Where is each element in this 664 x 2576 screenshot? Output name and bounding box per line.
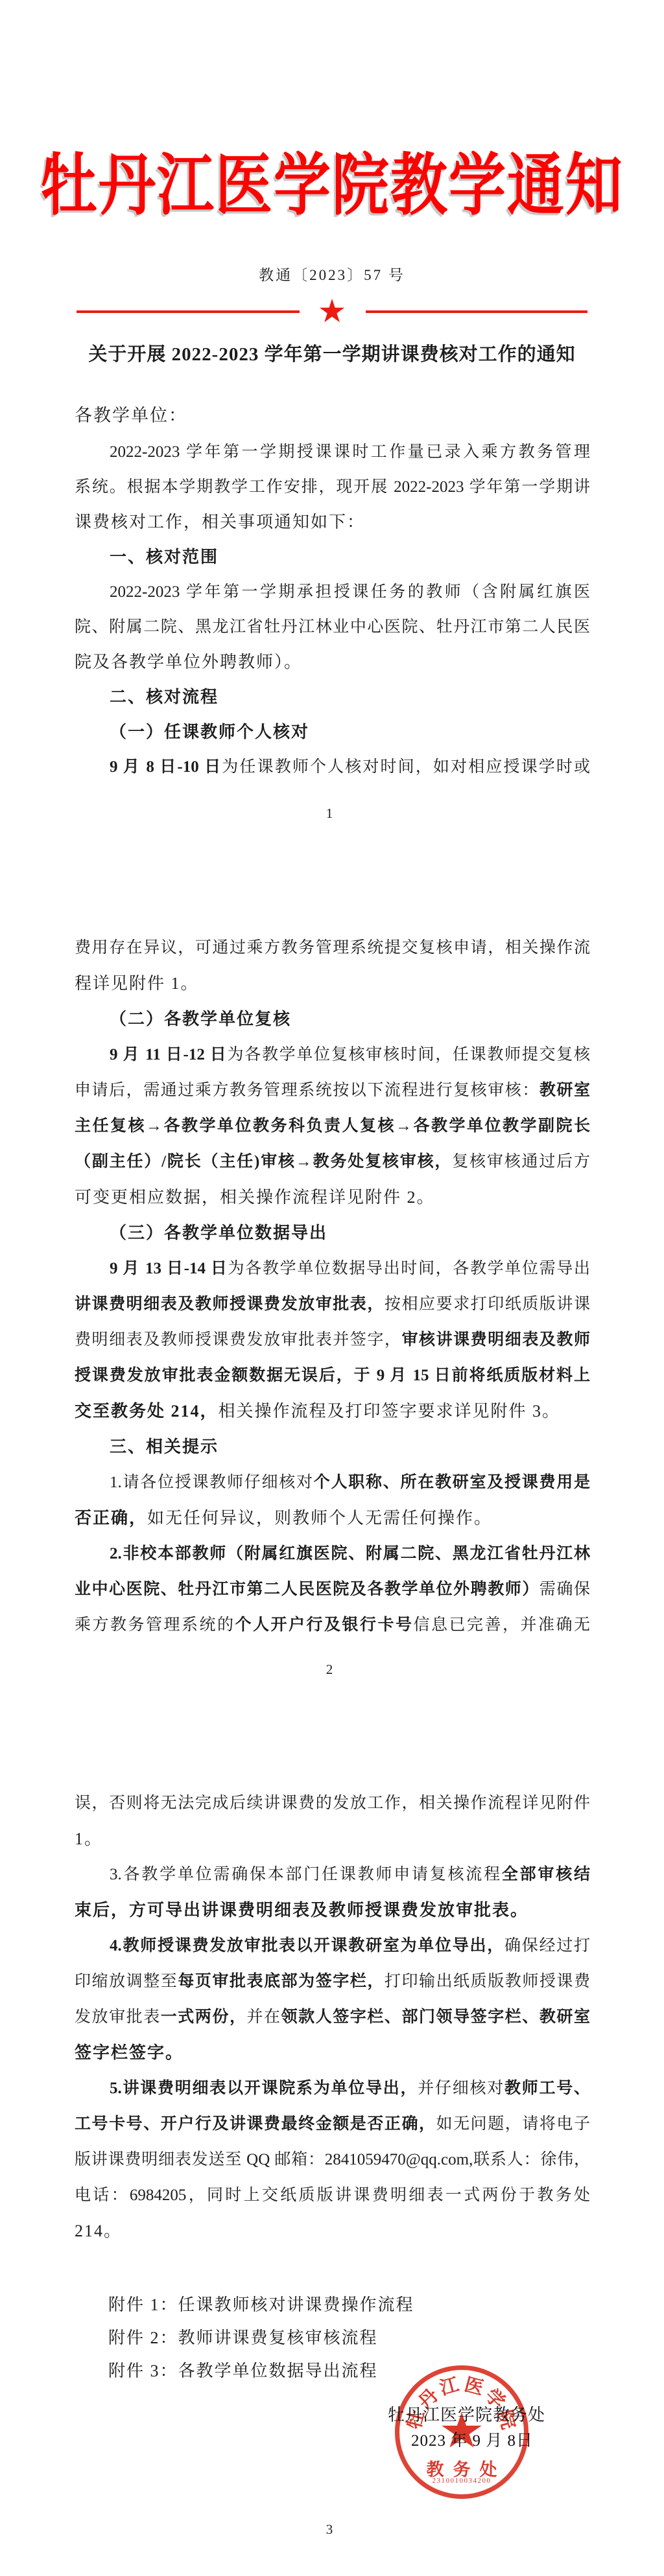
body-line: 电话：6984205，同时上交纸质版讲课费明细表一式两份于教务处 [75, 2185, 590, 2206]
subsection-heading-2-2: （二）各教学单位复核 [75, 1009, 590, 1030]
masthead-title: 牡丹江医学院教学通知 [0, 150, 664, 224]
subsection-heading-2-3: （三）各教学单位数据导出 [75, 1223, 590, 1244]
text-segment: 教师工号、 [504, 2080, 590, 2097]
body-line: 业中心医院、牡丹江市第二人民医院及各教学单位外聘教师）需确保 [75, 1579, 590, 1600]
text-segment: 工号卡号、开户行及讲课费最终金额是否正确， [75, 2115, 436, 2133]
text-segment: 打印输出纸质版教师授课费 [385, 1973, 590, 1990]
text-segment: 需确保 [539, 1581, 590, 1598]
body-line: 乘方教务管理系统的个人开户行及银行卡号信息已完善，并准确无 [75, 1615, 590, 1636]
body-line: 院及各教学单位外聘教师）。 [75, 652, 590, 673]
body-line: 2.非校本部教师（附属红旗医院、附属二院、黑龙江省牡丹江林 [75, 1544, 590, 1564]
text-segment: 程详见附件 1。 [75, 974, 199, 993]
text-segment: 为各教学单位数据导出时间，各教学单位需导出 [228, 1260, 590, 1277]
text-segment: 2022-2023 学年第一学期承担授课任务的教师（含附属红旗医 [110, 583, 590, 601]
body-line: 9 月 11 日-12 日为各教学单位复核审核时间，任课教师提交复核 [75, 1045, 590, 1065]
body-line: 费明细表及教师授课费发放审批表并签字，审核讲课费明细表及教师 [75, 1330, 590, 1351]
body-line: 课费核对工作，相关事项通知如下： [75, 512, 590, 533]
text-segment: 2.非校本部教师（附属红旗医院、附属二院、黑龙江省牡丹江林 [110, 1545, 590, 1562]
red-divider-right [366, 310, 587, 313]
text-segment: 1。 [75, 1829, 102, 1848]
attachment-line-1: 附件 1：任课教师核对讲课费操作流程 [75, 2292, 624, 2315]
text-segment: 5.讲课费明细表以开课院系为单位导出， [110, 2080, 418, 2097]
section-heading-2: 二、核对流程 [75, 687, 590, 708]
text-segment: 系统。根据本学期教学工作安排，现开展 2022-2023 学年第一学期讲 [75, 478, 590, 496]
text-segment: 主任复核→各教学单位教务科负责人复核→各教学单位教学副院长 [75, 1117, 590, 1135]
body-line: 否正确，如无任何异议，则教师个人无需任何操作。 [75, 1508, 590, 1529]
body-line: 可变更相应数据，相关操作流程详见附件 2。 [75, 1187, 590, 1208]
body-line: 9 月 13 日-14 日为各教学单位数据导出时间，各教学单位需导出 [75, 1259, 590, 1279]
text-segment: 费明细表及教师授课费发放审批表并签字， [75, 1331, 401, 1349]
body-line: 4.教师授课费发放审批表以开课教研室为单位导出，确保经过打 [75, 1936, 590, 1956]
text-segment: 业中心医院、牡丹江市第二人民医院及各教学单位外聘教师） [75, 1581, 539, 1598]
document-page: 牡丹江医学院教学通知 教通〔2023〕57 号 ★ 关于开展 2022-2023… [0, 0, 664, 2576]
text-segment: 214。 [75, 2222, 122, 2240]
body-line: （副主任）/院长（主任)审核→教务处复核审核，复核审核通过后方 [75, 1152, 590, 1172]
text-segment: 9 月 13 日-14 日 [110, 1260, 228, 1277]
body-line: 2022-2023 学年第一学期承担授课任务的教师（含附属红旗医 [75, 582, 590, 603]
text-segment: 个人职称、所在教研室及授课费用是 [314, 1474, 590, 1491]
text-segment: 版讲课费明细表发送至 QQ 邮箱：2841059470@qq.com,联系人：徐… [75, 2151, 590, 2168]
page-number-1: 1 [0, 806, 659, 822]
text-segment: 如无问题，请将电子 [436, 2115, 590, 2133]
text-segment: 审核讲课费明细表及教师 [401, 1331, 590, 1349]
text-segment: 三、相关提示 [110, 1437, 219, 1456]
text-segment: 乘方教务管理系统的 [75, 1616, 235, 1634]
signature-organization: 牡丹江医学院教务处 [388, 2402, 545, 2426]
text-segment: 附件 3：各教学单位数据导出流程 [108, 2361, 378, 2380]
text-segment: 3.各教学单位需确保本部门任课教师申请复核流程 [110, 1866, 502, 1883]
text-segment: 费用存在异议，可通过乘方教务管理系统提交复核申请，相关操作流 [75, 939, 590, 957]
text-segment: 一式两份， [161, 2008, 247, 2026]
text-segment: 并仔细核对 [418, 2080, 504, 2097]
text-segment: 复核审核通过后方 [452, 1153, 590, 1170]
body-line: 交至教务处 214，相关操作流程及打印签字要求详见附件 3。 [75, 1401, 590, 1422]
section-heading-1: 一、核对范围 [75, 547, 590, 568]
text-segment: 1.请各位授课教师仔细核对 [110, 1474, 314, 1491]
text-segment: 课费核对工作，相关事项通知如下： [75, 513, 365, 531]
text-segment: 按相应要求打印纸质版讲课 [385, 1295, 590, 1313]
text-segment: 附件 1：任课教师核对讲课费操作流程 [108, 2295, 414, 2314]
signature-date: 2023 年 9 月 8日 [411, 2428, 533, 2451]
stamp-serial-number: 2310010034200 [397, 2477, 527, 2485]
text-segment: 每页审批表底部为签字栏， [178, 1973, 385, 1990]
body-line: 印缩放调整至每页审批表底部为签字栏，打印输出纸质版教师授课费 [75, 1971, 590, 1992]
attachment-line-3: 附件 3：各教学单位数据导出流程 [75, 2358, 624, 2382]
text-segment: 4.教师授课费发放审批表以开课教研室为单位导出， [110, 1937, 504, 1955]
text-segment: 教研室 [539, 1082, 590, 1099]
text-segment: 交至教务处 214， [75, 1402, 219, 1421]
text-segment: 2022-2023 学年第一学期授课课时工作量已录入乘方教务管理 [110, 443, 590, 461]
text-segment: 电话：6984205，同时上交纸质版讲课费明细表一式两份于教务处 [75, 2187, 590, 2204]
body-line: 费用存在异议，可通过乘方教务管理系统提交复核申请，相关操作流 [75, 938, 590, 958]
body-line: 系统。根据本学期教学工作安排，现开展 2022-2023 学年第一学期讲 [75, 477, 590, 498]
text-segment: 个人开户行及银行卡号 [235, 1616, 414, 1634]
body-line: 院、附属二院、黑龙江省牡丹江林业中心医院、牡丹江市第二人民医 [75, 617, 590, 638]
body-line: 1。 [75, 1829, 590, 1850]
body-line: 授课费发放审批表金额数据无误后，于 9 月 15 日前将纸质版材料上 [75, 1365, 590, 1386]
subject-title: 关于开展 2022-2023 学年第一学期讲课费核对工作的通知 [0, 340, 664, 366]
body-line: 签字栏签字。 [75, 2043, 590, 2063]
document-number: 教通〔2023〕57 号 [0, 263, 664, 284]
body-line: 程详见附件 1。 [75, 973, 590, 994]
text-segment: 印缩放调整至 [75, 1973, 178, 1990]
body-line: 主任复核→各教学单位教务科负责人复核→各教学单位教学副院长 [75, 1116, 590, 1137]
body-line: 9 月 8 日-10 日为任课教师个人核对时间，如对相应授课学时或 [75, 757, 590, 778]
text-segment: 领款人签字栏、部门领导签字栏、教研室 [281, 2008, 590, 2026]
body-line: 束后，方可导出讲课费明细表及教师授课费发放审批表。 [75, 1900, 590, 1921]
text-segment: 一、核对范围 [110, 548, 219, 566]
subsection-heading-2-1: （一）任课教师个人核对 [75, 722, 590, 743]
text-segment: 9 月 11 日-12 日 [110, 1046, 228, 1063]
body-line: 1.请各位授课教师仔细核对个人职称、所在教研室及授课费用是 [75, 1472, 590, 1493]
text-segment: 为任课教师个人核对时间，如对相应授课学时或 [222, 758, 590, 776]
text-segment: 相关操作流程及打印签字要求详见附件 3。 [219, 1402, 561, 1421]
body-line: 2022-2023 学年第一学期授课课时工作量已录入乘方教务管理 [75, 442, 590, 463]
text-segment: 讲课费明细表及教师授课费发放审批表， [75, 1295, 385, 1313]
body-line: 5.讲课费明细表以开课院系为单位导出，并仔细核对教师工号、 [75, 2078, 590, 2099]
text-segment: 发放审批表 [75, 2008, 161, 2026]
text-segment: 院及各教学单位外聘教师）。 [75, 653, 302, 671]
text-segment: 各教学单位： [75, 406, 187, 425]
text-segment: 可变更相应数据，相关操作流程详见附件 2。 [75, 1188, 435, 1207]
body-line: 误，否则将无法完成后续讲课费的发放工作，相关操作流程详见附件 [75, 1793, 590, 1814]
text-segment: 院、附属二院、黑龙江省牡丹江林业中心医院、牡丹江市第二人民医 [75, 618, 590, 636]
page-number-2: 2 [0, 1662, 659, 1678]
text-segment: （副主任）/院长（主任)审核→教务处复核审核， [75, 1153, 452, 1170]
section-heading-3: 三、相关提示 [75, 1437, 590, 1457]
text-segment: 束后，方可导出讲课费明细表及教师授课费发放审批表。 [75, 1901, 528, 1920]
text-segment: 如无任何异议，则教师个人无需任何操作。 [147, 1509, 492, 1527]
text-segment: 信息已完善，并准确无 [413, 1616, 590, 1634]
body-line: 3.各教学单位需确保本部门任课教师申请复核流程全部审核结 [75, 1864, 590, 1885]
body-line: 申请后，需通过乘方教务管理系统按以下流程进行复核审核：教研室 [75, 1080, 590, 1101]
body-line: 版讲课费明细表发送至 QQ 邮箱：2841059470@qq.com,联系人：徐… [75, 2150, 590, 2170]
body-line: 工号卡号、开户行及讲课费最终金额是否正确，如无问题，请将电子 [75, 2114, 590, 2135]
text-segment: 9 月 8 日-10 日 [110, 758, 222, 776]
salutation: 各教学单位： [75, 405, 590, 426]
text-segment: （一）任课教师个人核对 [110, 723, 309, 741]
attachment-line-2: 附件 2：教师讲课费复核审核流程 [75, 2325, 624, 2349]
text-segment: 签字栏签字。 [75, 2043, 184, 2062]
text-segment: （三）各教学单位数据导出 [110, 1224, 327, 1242]
body-line: 发放审批表一式两份，并在领款人签字栏、部门领导签字栏、教研室 [75, 2007, 590, 2028]
page-number-3: 3 [0, 2522, 659, 2538]
text-segment: 确保经过打 [504, 1937, 590, 1955]
body-line: 讲课费明细表及教师授课费发放审批表，按相应要求打印纸质版讲课 [75, 1294, 590, 1315]
text-segment: 申请后，需通过乘方教务管理系统按以下流程进行复核审核： [75, 1082, 539, 1099]
text-segment: 二、核对流程 [110, 688, 219, 706]
text-segment: （二）各教学单位复核 [110, 1010, 291, 1028]
text-segment: 授课费发放审批表金额数据无误后，于 9 月 15 日前将纸质版材料上 [75, 1367, 590, 1384]
text-segment: 为各教学单位复核审核时间，任课教师提交复核 [228, 1046, 590, 1063]
text-segment: 附件 2：教师讲课费复核审核流程 [108, 2328, 378, 2347]
text-segment: 否正确， [75, 1509, 147, 1527]
body-line: 214。 [75, 2221, 590, 2242]
text-segment: 误，否则将无法完成后续讲课费的发放工作，相关操作流程详见附件 [75, 1794, 590, 1812]
text-segment: 并在 [247, 2008, 281, 2026]
text-segment: 全部审核结 [502, 1866, 590, 1883]
